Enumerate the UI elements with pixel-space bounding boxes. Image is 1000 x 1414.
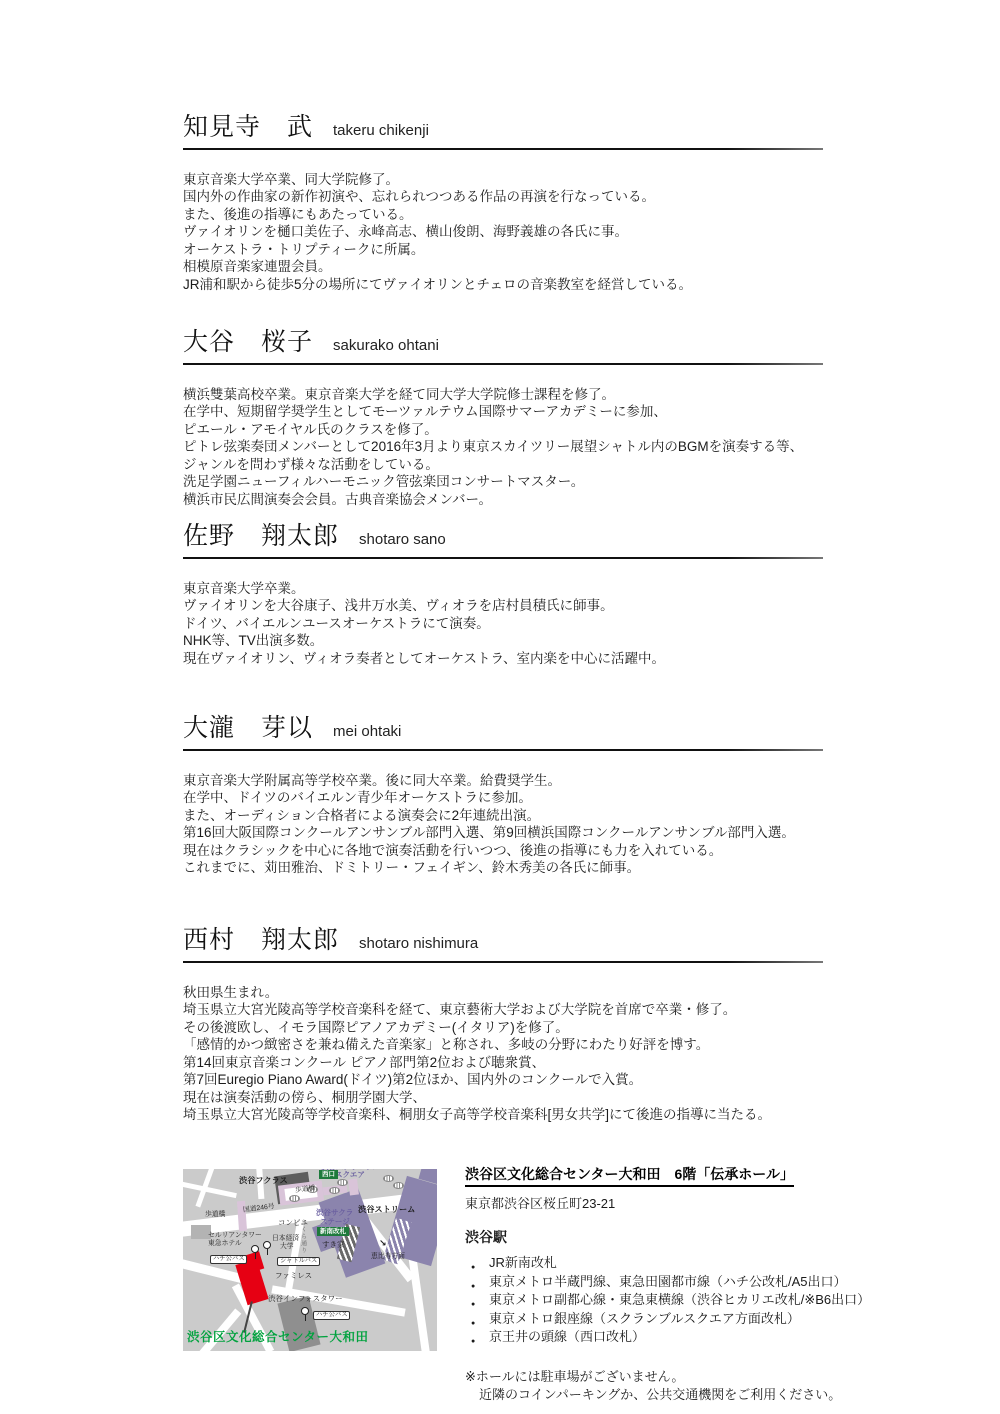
- crossing-icon: [383, 1175, 394, 1182]
- profile-section: 西村 翔太郎 shotaro nishimura 秋田県生まれ。埼玉県立大宮光陵…: [183, 926, 883, 1124]
- bio-line: 秋田県生まれ。: [183, 984, 883, 1002]
- performer-name-romaji: takeru chikenji: [333, 122, 429, 139]
- performer-name-romaji: shotaro sano: [359, 531, 446, 548]
- profile-section: 佐野 翔太郎 shotaro sano 東京音楽大学卒業。ヴァイオリンを大谷康子…: [183, 522, 883, 667]
- heading-rule: [183, 749, 823, 751]
- map-label-infos-tower: 渋谷インフォスタワー: [268, 1295, 343, 1303]
- bio-line: その後渡欧し、イモラ国際ピアノアカデミー(イタリア)を修了。: [183, 1019, 883, 1037]
- profile-heading: 大瀧 芽以 mei ohtaki: [183, 714, 883, 743]
- performer-name-romaji: shotaro nishimura: [359, 935, 478, 952]
- note-line: 近隣のコインパーキングか、公共交通機関をご利用ください。: [465, 1386, 895, 1405]
- bus-stop-icon: [301, 1307, 310, 1321]
- bio-line: 「感情的かつ緻密さを兼ね備えた音楽家」と称され、多岐の分野にわたり好評を博す。: [183, 1036, 883, 1054]
- bio-line: 東京音楽大学附属高等学校卒業。後に同大卒業。給費奨学生。: [183, 772, 883, 790]
- bus-stop-icon: [263, 1241, 272, 1255]
- bus-stop-icon: [251, 1245, 260, 1259]
- map-label-scramble-square: スクエア: [335, 1171, 365, 1179]
- bio-line: ジャンルを問わず様々な活動をしている。: [183, 456, 883, 474]
- heading-rule: [183, 557, 823, 559]
- hachiko-bus-label: ハチ公バス: [210, 1255, 247, 1264]
- shuttle-bus-label: シャトルバス: [277, 1257, 320, 1266]
- ebisu-arrow-icon: ↘: [379, 1239, 387, 1249]
- bio-line: 現在ヴァイオリン、ヴィオラ奏者としてオーケストラ、室内楽を中心に活躍中。: [183, 650, 883, 668]
- bio-line: 横浜市民広間演奏会会員。古典音楽協会メンバー。: [183, 491, 883, 509]
- road: [183, 1181, 237, 1198]
- west-exit-badge: 西口: [319, 1170, 338, 1179]
- access-item: 東京メトロ副都心線・東急東横線（渋谷ヒカリエ改札/※B6出口）: [465, 1291, 895, 1310]
- profile-heading: 知見寺 武 takeru chikenji: [183, 113, 883, 142]
- access-list: JR新南改札東京メトロ半蔵門線、東急田園都市線（ハチ公改札/A5出口）東京メトロ…: [465, 1254, 895, 1347]
- profile-heading: 佐野 翔太郎 shotaro sano: [183, 522, 883, 551]
- profile-bio: 東京音楽大学卒業、同大学院修了。国内外の作曲家の新作初演や、忘れられつつある作品…: [183, 171, 883, 294]
- map-label-famiresu: ファミレス: [275, 1272, 312, 1280]
- crossing-icon: [337, 1179, 348, 1186]
- profile-bio: 東京音楽大学附属高等学校卒業。後に同大卒業。給費奨学生。在学中、ドイツのバイエル…: [183, 772, 883, 877]
- hachiko-bus-label: ハチ公バス: [313, 1311, 350, 1320]
- bio-line: 現在は演奏活動の傍ら、桐朋学園大学、: [183, 1089, 883, 1107]
- map-label-stream: 渋谷ストリーム: [358, 1205, 415, 1214]
- bio-line: ヴァイオリンを樋口美佐子、永峰高志、横山俊朗、海野義雄の各氏に事。: [183, 223, 883, 241]
- bio-line: 横浜雙葉高校卒業。東京音楽大学を経て同大学大学院修士課程を修了。: [183, 386, 883, 404]
- bio-line: 在学中、ドイツのバイエルン青少年オーケストラに参加。: [183, 789, 883, 807]
- heading-rule: [183, 961, 823, 963]
- performer-name-japanese: 西村 翔太郎: [183, 926, 339, 955]
- profile-bio: 横浜雙葉高校卒業。東京音楽大学を経て同大学大学院修士課程を修了。在学中、短期留学…: [183, 386, 883, 509]
- map-label-cerulean: セルリアンタワー: [208, 1232, 262, 1239]
- bio-line: 東京音楽大学卒業、同大学院修了。: [183, 171, 883, 189]
- bio-line: 第16回大阪国際コンクールアンサンブル部門入選、第9回横浜国際コンクールアンサン…: [183, 824, 883, 842]
- bio-line: 第7回Euregio Piano Award(ドイツ)第2位ほか、国内外のコンク…: [183, 1071, 883, 1089]
- performer-name-japanese: 佐野 翔太郎: [183, 522, 339, 551]
- bio-line: ピエール・アモイヤル氏のクラスを修了。: [183, 421, 883, 439]
- profile-heading: 大谷 桜子 sakurako ohtani: [183, 328, 883, 357]
- profile-section: 大谷 桜子 sakurako ohtani 横浜雙葉高校卒業。東京音楽大学を経て…: [183, 328, 883, 508]
- bio-line: また、オーディション合格者による演奏会に2年連続出演。: [183, 807, 883, 825]
- performer-name-japanese: 知見寺 武: [183, 113, 313, 142]
- map-label-sakura-street: さくら通り: [299, 1219, 306, 1254]
- map-label-fukuras: 渋谷フクラス: [239, 1176, 288, 1185]
- map-label-sakura-stage: ステージ: [320, 1218, 350, 1226]
- heading-rule: [183, 363, 823, 365]
- performer-name-romaji: sakurako ohtani: [333, 337, 439, 354]
- profile-section: 知見寺 武 takeru chikenji 東京音楽大学卒業、同大学院修了。国内…: [183, 113, 883, 293]
- access-item: JR新南改札: [465, 1254, 895, 1273]
- bio-line: 第14回東京音楽コンクール ピアノ部門第2位および聴衆賞、: [183, 1054, 883, 1072]
- bio-line: これまでに、苅田雅治、ドミトリー・フェイギン、鈴木秀美の各氏に師事。: [183, 859, 883, 877]
- bio-line: 現在はクラシックを中心に各地で演奏活動を行いつつ、後進の指導にも力を入れている。: [183, 842, 883, 860]
- bio-line: NHK等、TV出演多数。: [183, 632, 883, 650]
- bio-line: JR浦和駅から徒歩5分の場所にてヴァイオリンとチェロの音楽教室を経営している。: [183, 276, 883, 294]
- bio-line: 相模原音楽家連盟会員。: [183, 258, 883, 276]
- access-map: 渋谷スクランブルスクエア渋谷フクラス歩道橋西口歩道橋国道246号コンビニ渋谷サク…: [183, 1169, 437, 1351]
- footbridge: [237, 1201, 247, 1231]
- access-item: 東京メトロ銀座線（スクランブルスクエア方面改札）: [465, 1310, 895, 1329]
- footbridge: [348, 1179, 359, 1196]
- bio-line: 東京音楽大学卒業。: [183, 580, 883, 598]
- access-item: 東京メトロ半蔵門線、東急田園都市線（ハチ公改札/A5出口）: [465, 1273, 895, 1292]
- bio-line: 埼玉県立大宮光陵高等学校音楽科、桐朋女子高等学校音楽科[男女共学]にて後進の指導…: [183, 1106, 883, 1124]
- performer-name-japanese: 大瀧 芽以: [183, 714, 313, 743]
- performer-name-japanese: 大谷 桜子: [183, 328, 313, 357]
- map-label-cerulean: 東急ホテル: [208, 1240, 242, 1247]
- parking-note: ※ホールには駐車場がございません。近隣のコインパーキングか、公共交通機関をご利用…: [465, 1368, 895, 1405]
- bio-line: 国内外の作曲家の新作初演や、忘れられつつある作品の再演を行なっている。: [183, 188, 883, 206]
- venue-address: 東京都渋谷区桜丘町23-21: [465, 1193, 895, 1212]
- map-label-sukiya: すき家: [322, 1241, 345, 1249]
- profile-section: 大瀧 芽以 mei ohtaki 東京音楽大学附属高等学校卒業。後に同大卒業。給…: [183, 714, 883, 877]
- bio-line: 洗足学園ニューフィルハーモニック管弦楽団コンサートマスター。: [183, 473, 883, 491]
- station-name: 渋谷駅: [465, 1227, 895, 1247]
- map-label-nihon-keizai: 大学: [280, 1243, 294, 1250]
- map-label-sakura-stage: 渋谷サクラ: [316, 1209, 353, 1217]
- bio-line: ドイツ、バイエルンユースオーケストラにて演奏。: [183, 615, 883, 633]
- venue-info: 渋谷区文化総合センター大和田 6階「伝承ホール」 東京都渋谷区桜丘町23-21 …: [465, 1164, 895, 1405]
- profile-bio: 秋田県生まれ。埼玉県立大宮光陵高等学校音楽科を経て、東京藝術大学および大学院を首…: [183, 984, 883, 1124]
- bio-line: 在学中、短期留学奨学生としてモーツァルテウム国際サマーアカデミーに参加、: [183, 403, 883, 421]
- crossing-icon: [393, 1182, 404, 1189]
- access-item: 京王井の頭線（西口改札）: [465, 1328, 895, 1347]
- note-line: ※ホールには駐車場がございません。: [465, 1368, 895, 1387]
- bio-line: 埼玉県立大宮光陵高等学校音楽科を経て、東京藝術大学および大学院を首席で卒業・修了…: [183, 1001, 883, 1019]
- map-label-ebisu: 恵比寿方面: [371, 1253, 405, 1260]
- map-label-nihon-keizai: 日本経済: [272, 1235, 299, 1242]
- profile-bio: 東京音楽大学卒業。ヴァイオリンを大谷康子、浅井万水美、ヴィオラを店村員積氏に師事…: [183, 580, 883, 668]
- bio-line: ピトレ弦楽奏団メンバーとして2016年3月より東京スカイツリー展望シャトル内のB…: [183, 438, 883, 456]
- heading-rule: [183, 148, 823, 150]
- performer-name-romaji: mei ohtaki: [333, 723, 401, 740]
- crossing-icon: [329, 1187, 340, 1194]
- bio-line: また、後進の指導にもあたっている。: [183, 206, 883, 224]
- profile-heading: 西村 翔太郎 shotaro nishimura: [183, 926, 883, 955]
- bio-line: オーケストラ・トリプティークに所属。: [183, 241, 883, 259]
- new-south-gate-badge: 新南改札: [317, 1227, 349, 1236]
- crossing-icon: [289, 1195, 300, 1202]
- bio-line: ヴァイオリンを大谷康子、浅井万水美、ヴィオラを店村員積氏に師事。: [183, 597, 883, 615]
- venue-title: 渋谷区文化総合センター大和田 6階「伝承ホール」: [465, 1164, 794, 1187]
- map-label-footbridge: 歩道橋: [205, 1211, 225, 1218]
- map-caption-venue: 渋谷区文化総合センター大和田: [187, 1331, 369, 1345]
